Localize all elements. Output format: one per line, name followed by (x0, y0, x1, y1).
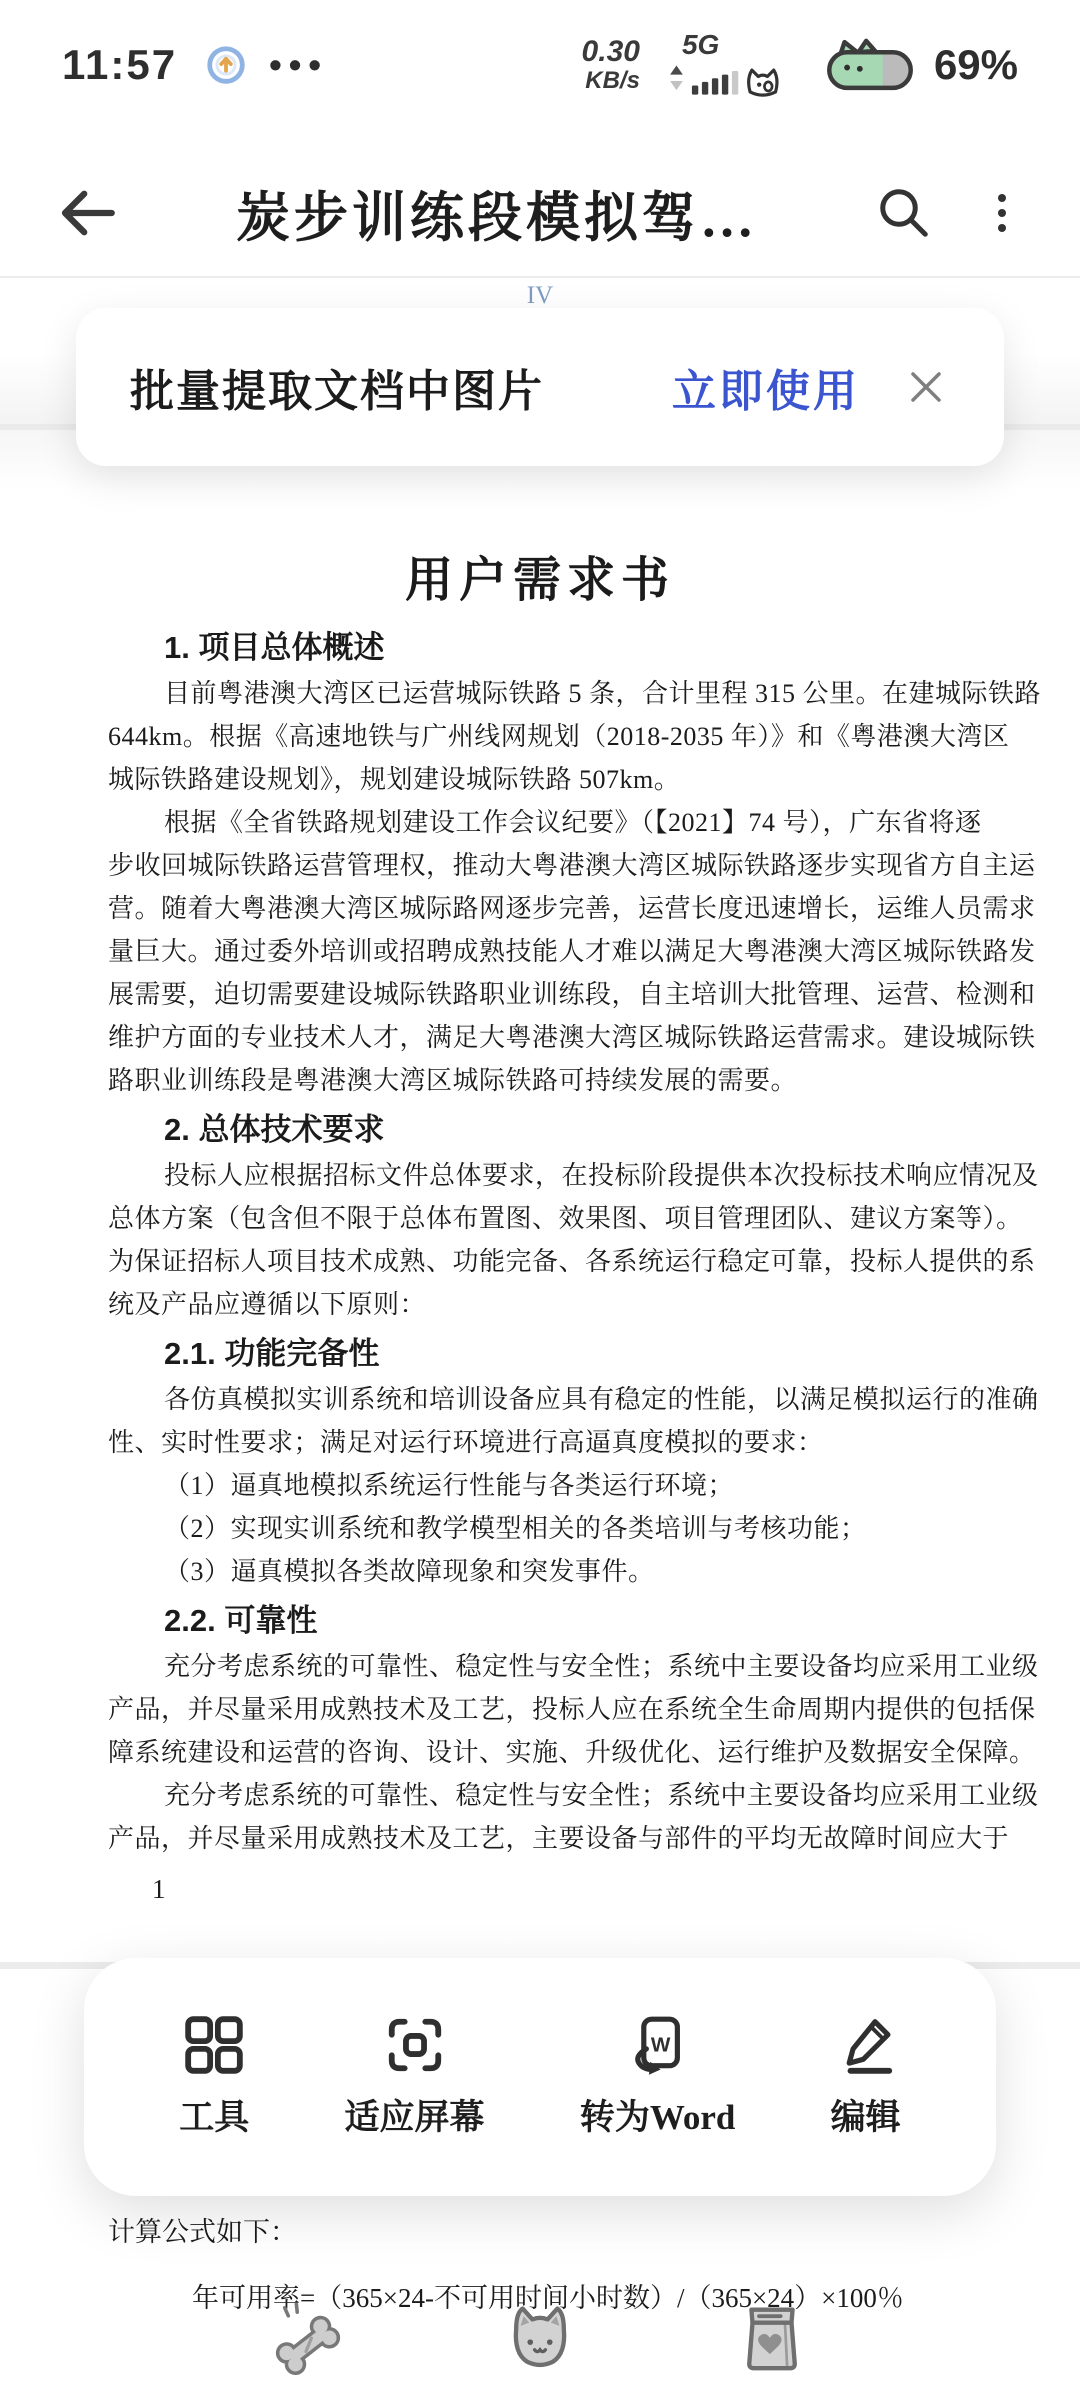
close-icon[interactable] (902, 363, 950, 411)
net-speed-unit: KB/s (585, 68, 640, 94)
doc-line: 产品，并尽量采用成熟技术及工艺，投标人应在系统全生命周期内提供的包括保 (108, 1688, 972, 1731)
promo-message: 批量提取文档中图片 (130, 355, 544, 419)
back-arrow-icon[interactable] (54, 180, 120, 246)
tools-button[interactable]: 工具 (179, 2014, 249, 2140)
svg-text:W: W (650, 2033, 670, 2056)
doc-line: （3）逼真模拟各类故障现象和突发事件。 (108, 1550, 972, 1593)
kebab-menu-icon[interactable] (978, 183, 1026, 243)
nav-back-button[interactable] (729, 2294, 815, 2386)
doc-body: 1. 项目总体概述目前粤港澳大湾区已运营城际铁路 5 条，合计里程 315 公里… (108, 624, 972, 1860)
promo-banner[interactable]: 批量提取文档中图片 立即使用 (76, 308, 1004, 466)
doc-line: 统及产品应遵循以下原则： (108, 1283, 972, 1326)
doc-line: 644km。根据《高速地铁与广州线网规划（2018-2035 年）》和《粤港澳大… (108, 715, 972, 758)
doc-h1: 1. 项目总体概述 (108, 624, 972, 672)
clock: 11:57 (62, 41, 177, 89)
doc-line: 展需要，迫切需要建设城际铁路职业训练段，自主培训大批管理、运营、检测和 (108, 973, 972, 1016)
bone-icon (265, 2294, 351, 2386)
doc-title: 用户需求书 (108, 542, 972, 620)
battery-percent: 69% (934, 41, 1018, 89)
use-now-link[interactable]: 立即使用 (672, 355, 860, 419)
doc-line: 投标人应根据招标文件总体要求，在投标阶段提供本次投标技术响应情况及 (108, 1154, 972, 1197)
fit-screen-button[interactable]: 适应屏幕 (345, 2014, 485, 2140)
doc-h2: 2.1. 功能完备性 (108, 1330, 972, 1378)
doc-line: 步收回城际铁路运营管理权，推动大粤港澳大湾区城际铁路逐步实现省方自主运 (108, 844, 972, 887)
doc-line: （2）实现实训系统和教学模型相关的各类培训与考核功能； (108, 1507, 972, 1550)
doc-line: 路职业训练段是粤港澳大湾区城际铁路可持续发展的需要。 (108, 1059, 972, 1102)
app-header: 炭步训练段模拟驾… (0, 150, 1080, 278)
signal-cluster: 5G (656, 29, 806, 101)
cat-face-icon (501, 2301, 579, 2379)
convert-to-word-button[interactable]: W 转为Word (580, 2014, 736, 2140)
nav-recents-button[interactable] (265, 2294, 351, 2386)
edit-pencil-icon (835, 2014, 897, 2076)
doc-line: 总体方案（包含但不限于总体布置图、效果图、项目管理团队、建议方案等）。 (108, 1197, 972, 1240)
page-roman-numeral: IV (0, 282, 1080, 310)
arrow-up-circle-icon (203, 42, 249, 88)
pet-food-bag-icon (733, 2301, 811, 2379)
grid-icon (183, 2014, 245, 2076)
status-right-cluster: 0.30 KB/s 5G (582, 29, 1018, 101)
nav-home-button[interactable] (497, 2294, 583, 2386)
screen: 11:57 ••• 0.30 KB/s 5G (0, 0, 1080, 2400)
network-type: 5G (682, 29, 719, 61)
doc-line: 充分考虑系统的可靠性、稳定性与安全性；系统中主要设备均应采用工业级 (108, 1645, 972, 1688)
edit-button[interactable]: 编辑 (831, 2014, 901, 2140)
doc-line: （1）逼真地模拟系统运行性能与各类运行环境； (108, 1464, 972, 1507)
doc-line: 各仿真模拟实训系统和培训设备应具有稳定的性能，以满足模拟运行的准确 (108, 1378, 972, 1421)
document-page-1: 用户需求书 1. 项目总体概述目前粤港澳大湾区已运营城际铁路 5 条，合计里程 … (0, 542, 1080, 1905)
fit-screen-icon (384, 2014, 446, 2076)
battery-cat-icon (822, 37, 918, 93)
convert-to-word-label: 转为Word (580, 2090, 736, 2140)
doc-line: 产品，并尽量采用成熟技术及工艺，主要设备与部件的平均无故障时间应大于 (108, 1817, 972, 1860)
doc-line: 城际铁路建设规划》，规划建设城际铁路 507km。 (108, 758, 972, 801)
net-speed-value: 0.30 (582, 36, 640, 68)
doc-line: 为保证招标人项目技术成熟、功能完备、各系统运行稳定可靠，投标人提供的系 (108, 1240, 972, 1283)
doc-line: 障系统建设和运营的咨询、设计、实施、升级优化、运行维护及数据安全保障。 (108, 1731, 972, 1774)
page-number: 1 (108, 1874, 972, 1905)
doc-line: 性、实时性要求；满足对运行环境进行高逼真度模拟的要求： (108, 1421, 972, 1464)
doc-line: 量巨大。通过委外培训或招聘成熟技能人才难以满足大粤港澳大湾区城际铁路发 (108, 930, 972, 973)
document-title-header: 炭步训练段模拟驾… (120, 175, 874, 252)
status-overflow-dots: ••• (269, 44, 328, 86)
edit-label: 编辑 (831, 2090, 901, 2140)
doc-line: 根据《全省铁路规划建设工作会议纪要》（【2021】74 号），广东省将逐 (108, 801, 972, 844)
word-convert-icon: W (627, 2014, 689, 2076)
doc-line: 充分考虑系统的可靠性、稳定性与安全性；系统中主要设备均应采用工业级 (108, 1774, 972, 1817)
network-speed: 0.30 KB/s (582, 36, 640, 94)
search-icon[interactable] (874, 183, 934, 243)
doc-line: 维护方面的专业技术人才，满足大粤港澳大湾区城际铁路运营需求。建设城际铁 (108, 1016, 972, 1059)
doc-line: 营。随着大粤港澳大湾区城际路网逐步完善，运营长度迅速增长，运维人员需求 (108, 887, 972, 930)
signal-bars-cat-icon (656, 61, 806, 101)
tools-label: 工具 (179, 2090, 249, 2140)
doc-h1: 2. 总体技术要求 (108, 1106, 972, 1154)
status-bar: 11:57 ••• 0.30 KB/s 5G (0, 22, 1080, 108)
doc-h2: 2.2. 可靠性 (108, 1597, 972, 1645)
doc-line: 计算公式如下： (108, 2212, 972, 2252)
fit-screen-label: 适应屏幕 (345, 2090, 485, 2140)
floating-toolbar: 工具 适应屏幕 W 转为Word (84, 1958, 996, 2196)
doc-line: 目前粤港澳大湾区已运营城际铁路 5 条，合计里程 315 公里。在建城际铁路 (108, 672, 972, 715)
bottom-nav (0, 2280, 1080, 2400)
